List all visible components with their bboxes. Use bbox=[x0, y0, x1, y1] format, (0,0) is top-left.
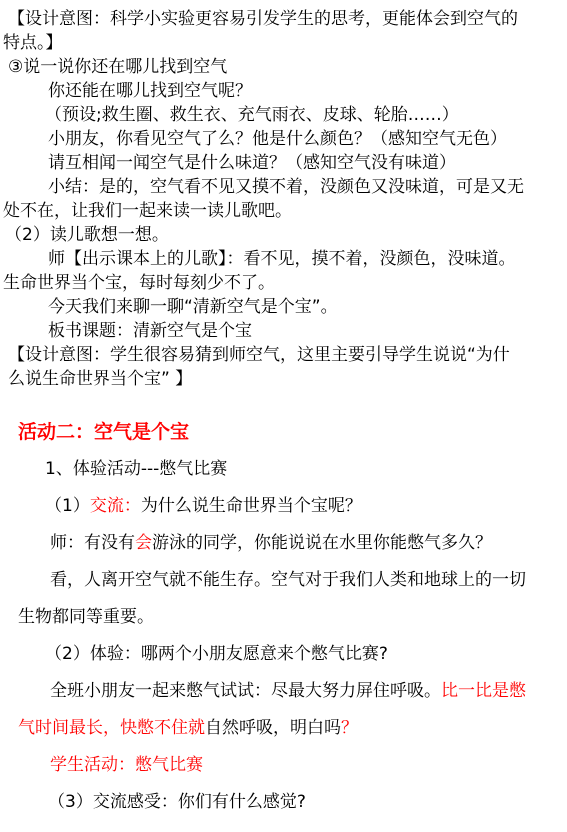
section-heading: 活动二：空气是个宝 bbox=[0, 414, 567, 451]
emphasis-red-text: 会 bbox=[135, 533, 152, 553]
body-text: 看，人离开空气就不能生存。空气对于我们人类和地球上的一切 bbox=[50, 570, 526, 590]
body-text: 请互相闻一闻空气是什么味道？（感知空气没有味道） bbox=[48, 153, 456, 173]
doc-line: 么说生命世界当个宝” 】 bbox=[0, 367, 567, 391]
body-text: 小结：是的，空气看不见又摸不着，没颜色又没味道，可是又无 bbox=[48, 177, 524, 197]
document-page: 【设计意图：科学小实验更容易引发学生的思考，更能体会到空气的特点。】③说一说你还… bbox=[0, 0, 567, 832]
doc-line: 板书课题：清新空气是个宝 bbox=[0, 319, 567, 343]
body-text: （2）体验：哪两个小朋友愿意来个憋气比赛? bbox=[45, 644, 388, 664]
body-text: 小朋友，你看见空气了么？他是什么颜色？（感知空气无色） bbox=[48, 129, 507, 149]
doc-line: 【设计意图：科学小实验更容易引发学生的思考，更能体会到空气的 bbox=[0, 7, 567, 31]
doc-line: 小结：是的，空气看不见又摸不着，没颜色又没味道，可是又无 bbox=[0, 175, 567, 199]
doc-line: 特点。】 bbox=[0, 31, 567, 55]
doc-line: （1）交流：为什么说生命世界当个宝呢？ bbox=[0, 488, 567, 525]
emphasis-red-text: 学生活动：憋气比赛 bbox=[50, 755, 203, 775]
doc-line: 请互相闻一闻空气是什么味道？（感知空气没有味道） bbox=[0, 151, 567, 175]
body-text: 全班小朋友一起来憋气试试：尽最大努力屏住呼吸。 bbox=[50, 681, 441, 701]
body-text: ③说一说你还在哪儿找到空气 bbox=[8, 57, 227, 77]
doc-line: 学生活动：憋气比赛 bbox=[0, 747, 567, 784]
lesson-section-air-is-treasure: 活动二：空气是个宝1、体验活动---憋气比赛（1）交流：为什么说生命世界当个宝呢… bbox=[0, 414, 567, 821]
doc-line: 【设计意图：学生很容易猜到师空气，这里主要引导学生说说“为什 bbox=[0, 343, 567, 367]
body-text: 特点。】 bbox=[3, 33, 63, 53]
doc-line: （2）读儿歌想一想。 bbox=[0, 223, 567, 247]
doc-line: （3）交流感受：你们有什么感觉? bbox=[0, 784, 567, 821]
body-text: 为什么说生命世界当个宝呢？ bbox=[141, 496, 362, 516]
lesson-section-find-air: 【设计意图：科学小实验更容易引发学生的思考，更能体会到空气的特点。】③说一说你还… bbox=[0, 7, 567, 391]
doc-line: 师：有没有会游泳的同学，你能说说在水里你能憋气多久？ bbox=[0, 525, 567, 562]
emphasis-red-text: ？ bbox=[341, 718, 358, 738]
body-text: 板书课题：清新空气是个宝 bbox=[48, 321, 252, 341]
doc-line: 小朋友，你看见空气了么？他是什么颜色？（感知空气无色） bbox=[0, 127, 567, 151]
body-text: 处不在，让我们一起来读一读儿歌吧。 bbox=[3, 201, 292, 221]
doc-line: （预设;救生圈、救生衣、充气雨衣、皮球、轮胎……） bbox=[0, 103, 567, 127]
body-text: 今天我们来聊一聊“清新空气是个宝”。 bbox=[48, 297, 338, 317]
body-text: 自然呼吸，明白吗 bbox=[205, 718, 341, 738]
body-text: 么说生命世界当个宝” 】 bbox=[8, 369, 192, 389]
doc-line: 全班小朋友一起来憋气试试：尽最大努力屏住呼吸。比一比是憋 bbox=[0, 673, 567, 710]
doc-line: 处不在，让我们一起来读一读儿歌吧。 bbox=[0, 199, 567, 223]
body-text: 游泳的同学，你能说说在水里你能憋气多久？ bbox=[152, 533, 492, 553]
doc-line: 今天我们来聊一聊“清新空气是个宝”。 bbox=[0, 295, 567, 319]
emphasis-red-text: 活动二：空气是个宝 bbox=[18, 421, 189, 443]
emphasis-red-text: 交流： bbox=[90, 496, 141, 516]
doc-line: 你还能在哪儿找到空气呢？ bbox=[0, 79, 567, 103]
body-text: 你还能在哪儿找到空气呢？ bbox=[48, 81, 252, 101]
doc-line: 1、体验活动---憋气比赛 bbox=[0, 451, 567, 488]
doc-line: 师【出示课本上的儿歌】：看不见，摸不着，没颜色，没味道。 bbox=[0, 247, 567, 271]
body-text: 【设计意图：科学小实验更容易引发学生的思考，更能体会到空气的 bbox=[8, 9, 518, 29]
doc-line: 生物都同等重要。 bbox=[0, 599, 567, 636]
body-text: （1） bbox=[45, 496, 90, 516]
doc-line: 看，人离开空气就不能生存。空气对于我们人类和地球上的一切 bbox=[0, 562, 567, 599]
body-text: 师【出示课本上的儿歌】：看不见，摸不着，没颜色，没味道。 bbox=[48, 249, 516, 269]
emphasis-red-text: 气时间最长，快憋不住就 bbox=[18, 718, 205, 738]
body-text: （2）读儿歌想一想。 bbox=[5, 225, 169, 245]
body-text: 师：有没有 bbox=[50, 533, 135, 553]
doc-line: 气时间最长，快憋不住就自然呼吸，明白吗？ bbox=[0, 710, 567, 747]
doc-line: 生命世界当个宝，每时每刻少不了。 bbox=[0, 271, 567, 295]
body-text: 生物都同等重要。 bbox=[18, 607, 154, 627]
doc-line: （2）体验：哪两个小朋友愿意来个憋气比赛? bbox=[0, 636, 567, 673]
body-text: （预设;救生圈、救生衣、充气雨衣、皮球、轮胎……） bbox=[45, 105, 459, 125]
emphasis-red-text: 比一比是憋 bbox=[441, 681, 526, 701]
body-text: 生命世界当个宝，每时每刻少不了。 bbox=[3, 273, 275, 293]
body-text: （3）交流感受：你们有什么感觉? bbox=[48, 792, 306, 812]
body-text: 1、体验活动---憋气比赛 bbox=[45, 459, 227, 479]
doc-line: ③说一说你还在哪儿找到空气 bbox=[0, 55, 567, 79]
body-text: 【设计意图：学生很容易猜到师空气，这里主要引导学生说说“为什 bbox=[8, 345, 510, 365]
